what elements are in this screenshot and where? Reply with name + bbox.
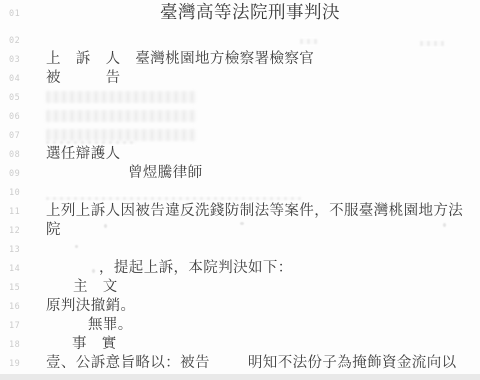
redacted-text-block (46, 129, 196, 141)
line-number: 04 (9, 74, 25, 84)
redacted-text-block (46, 91, 196, 103)
prosecution-summary-start: 壹、公訴意旨略以：被告 (46, 355, 210, 371)
scan-artifact (75, 245, 78, 248)
scan-artifact (420, 41, 444, 46)
document-line: 14 ，提起上訴，本院判決如下： (0, 259, 480, 278)
facts-heading: 事 實 (72, 335, 117, 353)
document-line: 04 被 告 (0, 69, 480, 88)
line-number: 08 (9, 150, 25, 160)
case-intro-continuation: 院 (46, 221, 61, 239)
line-number: 18 (9, 340, 25, 350)
appellant-line: 上 訴 人 臺灣桃園地方檢察署檢察官 (46, 50, 314, 68)
document-line: 11 上列上訴人因被告違反洗錢防制法等案件，不服臺灣桃園地方法 (0, 202, 480, 221)
document-line: 15 主 文 (0, 278, 480, 297)
document-line: 17 無罪。 (0, 316, 480, 335)
line-number: 09 (9, 169, 25, 179)
line-number: 16 (9, 302, 25, 312)
line-number: 07 (9, 131, 25, 141)
line-number: 19 (9, 359, 25, 369)
prosecution-summary-end: 明知不法份子為掩飾資金流向以 (248, 355, 457, 371)
document-line: 06 (0, 107, 480, 126)
judgment-document-page: 01 臺灣高等法院刑事判決 02 03 上 訴 人 臺灣桃園地方檢察署檢察官 0… (0, 0, 480, 380)
defendant-label: 被 告 (46, 69, 121, 87)
document-title: 臺灣高等法院刑事判決 (160, 4, 340, 22)
line-number: 11 (9, 207, 25, 217)
line-number: 13 (9, 245, 25, 255)
line-number: 10 (9, 188, 25, 198)
document-line: 09 曾煜騰律師 (0, 164, 480, 183)
line-number: 17 (9, 321, 25, 331)
line-number: 06 (9, 112, 25, 122)
case-intro-line: 上列上訴人因被告違反洗錢防制法等案件，不服臺灣桃園地方法 (46, 202, 463, 220)
document-line: 01 臺灣高等法院刑事判決 (0, 4, 480, 23)
scan-artifact (92, 269, 95, 273)
line-number: 12 (9, 226, 25, 236)
appeal-statement: ，提起上訴，本院判決如下： (99, 259, 293, 277)
document-line: 18 事 實 (0, 335, 480, 354)
line-number: 05 (9, 93, 25, 103)
scan-artifact (240, 222, 244, 225)
document-line: 12 院 (0, 221, 480, 240)
document-line: 13 (0, 240, 480, 259)
document-line: 10 (0, 183, 480, 202)
line-number: 02 (9, 36, 25, 46)
redacted-text-block (46, 110, 196, 122)
not-guilty-line: 無罪。 (88, 316, 133, 334)
counsel-name: 曾煜騰律師 (128, 164, 203, 182)
line-number: 03 (9, 55, 25, 65)
document-line: 08 選任辯護人 (0, 145, 480, 164)
document-line: 07 (0, 126, 480, 145)
prosecution-summary: 壹、公訴意旨略以：被告明知不法份子為掩飾資金流向以 (46, 354, 457, 372)
line-number: 14 (9, 264, 25, 274)
scan-artifact (46, 197, 301, 200)
counsel-label: 選任辯護人 (46, 145, 121, 163)
document-line: 16 原判決撤銷。 (0, 297, 480, 316)
page-bottom-edge (0, 374, 480, 380)
verdict-revoked-line: 原判決撤銷。 (46, 297, 135, 315)
document-line: 19 壹、公訴意旨略以：被告明知不法份子為掩飾資金流向以 (0, 354, 480, 373)
line-number: 15 (9, 283, 25, 293)
scan-artifact (104, 224, 107, 228)
document-line: 03 上 訴 人 臺灣桃園地方檢察署檢察官 (0, 50, 480, 69)
scan-artifact (300, 39, 318, 44)
scan-artifact (46, 141, 136, 144)
document-line: 02 (0, 31, 480, 50)
document-line: 05 (0, 88, 480, 107)
main-text-heading: 主 文 (73, 278, 118, 296)
line-number: 01 (9, 9, 25, 19)
scan-artifact (443, 223, 446, 227)
